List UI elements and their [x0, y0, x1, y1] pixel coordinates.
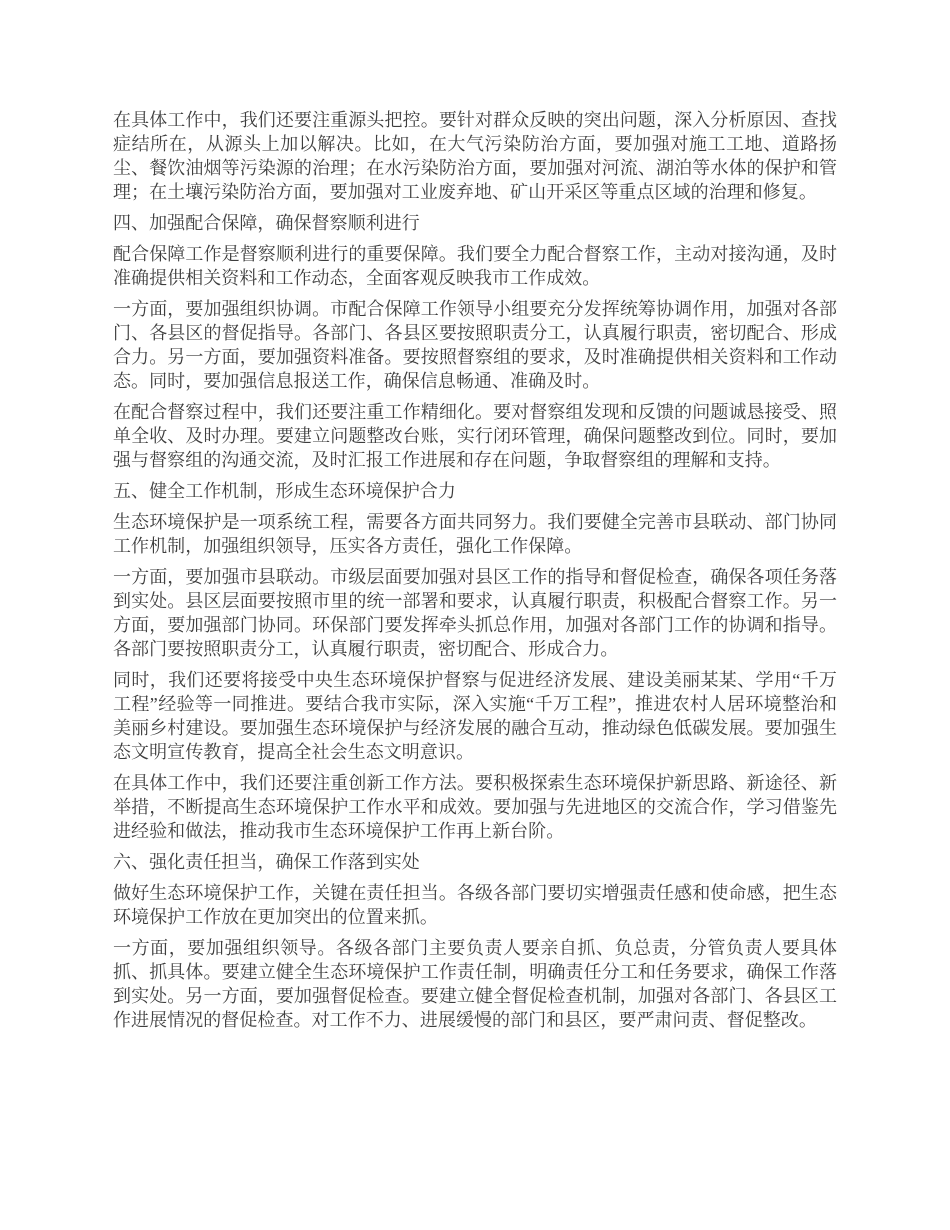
paragraph: 在具体工作中，我们还要注重源头把控。要针对群众反映的突出问题，深入分析原因、查找… [113, 108, 837, 204]
paragraph: 一方面，要加强组织协调。市配合保障工作领导小组要充分发挥统筹协调作用，加强对各部… [113, 297, 837, 393]
section-heading: 六、强化责任担当，确保工作落到实处 [113, 850, 837, 874]
paragraph: 在具体工作中，我们还要注重创新工作方法。要积极探索生态环境保护新思路、新途径、新… [113, 771, 837, 843]
section-heading: 四、加强配合保障，确保督察顺利进行 [113, 211, 837, 235]
paragraph: 一方面，要加强组织领导。各级各部门主要负责人要亲自抓、负总责，分管负责人要具体抓… [113, 936, 837, 1032]
section-heading: 五、健全工作机制，形成生态环境保护合力 [113, 479, 837, 503]
paragraph: 在配合督察过程中，我们还要注重工作精细化。要对督察组发现和反馈的问题诚恳接受、照… [113, 400, 837, 472]
paragraph: 配合保障工作是督察顺利进行的重要保障。我们要全力配合督察工作，主动对接沟通，及时… [113, 242, 837, 290]
paragraph: 同时，我们还要将接受中央生态环境保护督察与促进经济发展、建设美丽某某、学用“千万… [113, 668, 837, 764]
paragraph: 做好生态环境保护工作，关键在责任担当。各级各部门要切实增强责任感和使命感，把生态… [113, 881, 837, 929]
paragraph: 一方面，要加强市县联动。市级层面要加强对县区工作的指导和督促检查，确保各项任务落… [113, 565, 837, 661]
document-text-column: 在具体工作中，我们还要注重源头把控。要针对群众反映的突出问题，深入分析原因、查找… [113, 101, 837, 1039]
document-page: 在具体工作中，我们还要注重源头把控。要针对群众反映的突出问题，深入分析原因、查找… [0, 0, 950, 1230]
paragraph: 生态环境保护是一项系统工程，需要各方面共同努力。我们要健全完善市县联动、部门协同… [113, 510, 837, 558]
